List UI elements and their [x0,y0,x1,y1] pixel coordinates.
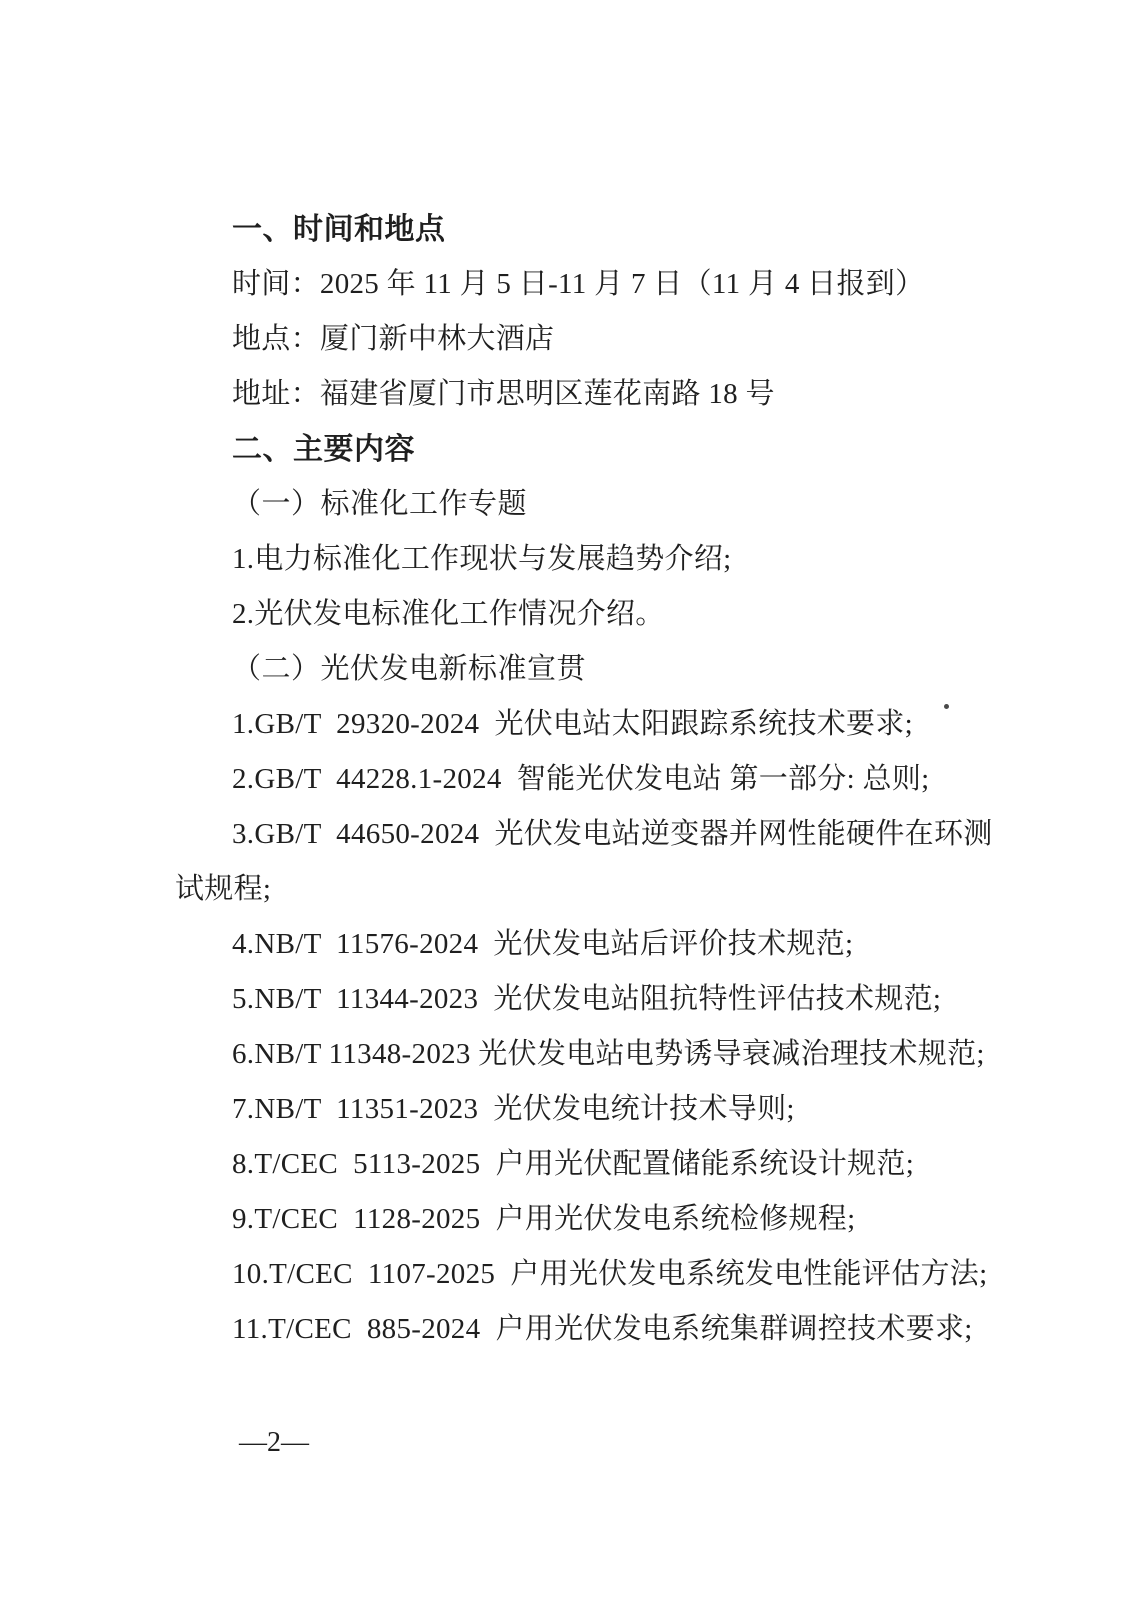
paragraph-8-body: 2.光伏发电标准化工作情况介绍。 [175,587,997,642]
paragraph-4-body: 地址：福建省厦门市思明区莲花南路 18 号 [175,367,997,422]
paragraph-19-body: 10.T/CEC 1107-2025 户用光伏发电系统发电性能评估方法; [175,1247,997,1302]
document-body: 一、时间和地点时间：2025 年 11 月 5 日-11 月 7 日（11 月 … [175,202,997,1357]
document-page: 一、时间和地点时间：2025 年 11 月 5 日-11 月 7 日（11 月 … [0,0,1130,1600]
paragraph-11-body: 2.GB/T 44228.1-2024 智能光伏发电站 第一部分: 总则; [175,752,997,807]
page-number: —2— [239,1428,309,1458]
paragraph-14-body: 5.NB/T 11344-2023 光伏发电站阻抗特性评估技术规范; [175,972,997,1027]
paragraph-18-body: 9.T/CEC 1128-2025 户用光伏发电系统检修规程; [175,1192,997,1247]
paragraph-20-body: 11.T/CEC 885-2024 户用光伏发电系统集群调控技术要求; [175,1302,997,1357]
paragraph-6-subheading: （一）标准化工作专题 [175,477,997,532]
paragraph-7-body: 1.电力标准化工作现状与发展趋势介绍; [175,532,997,587]
paragraph-10-body: 1.GB/T 29320-2024 光伏电站太阳跟踪系统技术要求; [175,697,997,752]
paragraph-2-body: 时间：2025 年 11 月 5 日-11 月 7 日（11 月 4 日报到） [175,257,997,312]
paragraph-17-body: 8.T/CEC 5113-2025 户用光伏配置储能系统设计规范; [175,1137,997,1192]
scan-speck-dot [944,704,949,709]
paragraph-1-heading: 一、时间和地点 [175,202,997,257]
paragraph-15-body: 6.NB/T 11348-2023 光伏发电站电势诱导衰减治理技术规范; [175,1027,997,1082]
paragraph-13-body: 4.NB/T 11576-2024 光伏发电站后评价技术规范; [175,917,997,972]
paragraph-12-body: 3.GB/T 44650-2024 光伏发电站逆变器并网性能硬件在环测 试规程; [175,807,997,917]
paragraph-5-heading: 二、主要内容 [175,422,997,477]
paragraph-3-body: 地点：厦门新中林大酒店 [175,312,997,367]
paragraph-16-body: 7.NB/T 11351-2023 光伏发电统计技术导则; [175,1082,997,1137]
paragraph-9-subheading: （二）光伏发电新标准宣贯 [175,642,997,697]
